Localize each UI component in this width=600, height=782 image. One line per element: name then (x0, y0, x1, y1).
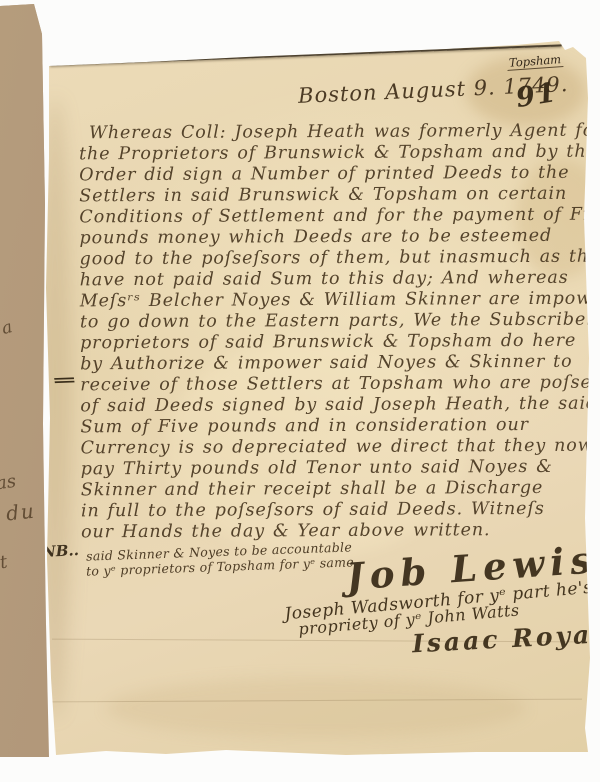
body-line: Skinner and their receipt shall be a Dis… (81, 478, 587, 502)
body-line: receive of those Settlers at Topsham who… (80, 373, 586, 397)
nota-bene-label: NB.. (42, 541, 80, 561)
torn-corner-mark (579, 43, 589, 52)
body-line: the Proprietors of Brunswick & Topsham a… (79, 142, 585, 166)
letter-body: Whereas Coll: Joseph Heath was formerly … (79, 121, 587, 544)
margin-handwriting-fragment: a (0, 317, 14, 339)
body-line: Currency is so depreciated we direct tha… (81, 436, 587, 460)
paper-crease (52, 699, 582, 703)
body-line: Sum of Five pounds and in consideration … (80, 415, 586, 439)
body-line: Settlers in said Brunswick & Topsham on … (79, 184, 585, 208)
archive-label: Topsham (507, 52, 564, 71)
body-line: good to the poſseſsors of them, but inas… (80, 247, 586, 271)
body-line: Order did sign a Number of printed Deeds… (79, 163, 585, 187)
body-line: by Authorize & impower said Noyes & Skin… (80, 352, 586, 376)
body-line: in full to the poſseſsors of said Deeds.… (81, 499, 587, 523)
margin-insert-mark: = (50, 371, 79, 390)
body-line: Whereas Coll: Joseph Heath was formerly … (79, 121, 585, 145)
page-number: 91 (514, 77, 560, 114)
margin-handwriting-fragment: as (0, 471, 17, 495)
body-line: have not paid said Sum to this day; And … (80, 268, 586, 292)
body-line: Meſsʳˢ Belcher Noyes & William Skinner a… (80, 289, 586, 313)
body-line: pay Thirty pounds old Tenor unto said No… (81, 457, 587, 481)
margin-handwriting-fragment: du (5, 499, 37, 526)
underlying-page-edge: a as du t (0, 4, 52, 757)
body-line: Conditions of Settlement and for the pay… (79, 205, 585, 229)
paper-stain (106, 678, 526, 738)
body-line: to go down to the Eastern parts, We the … (80, 310, 586, 334)
body-line: pounds money which Deeds are to be estee… (79, 226, 585, 250)
letter-page: Topsham Boston August 9. 1749. 91 Wherea… (46, 38, 592, 760)
margin-handwriting-fragment: t (0, 552, 9, 574)
body-line: proprietors of said Brunswick & Topsham … (80, 331, 586, 355)
document-scan: a as du t Topsham Boston August 9. 1749.… (0, 0, 600, 782)
body-line: of said Deeds signed by said Joseph Heat… (80, 394, 586, 418)
torn-top-edge-shadow (50, 44, 562, 66)
